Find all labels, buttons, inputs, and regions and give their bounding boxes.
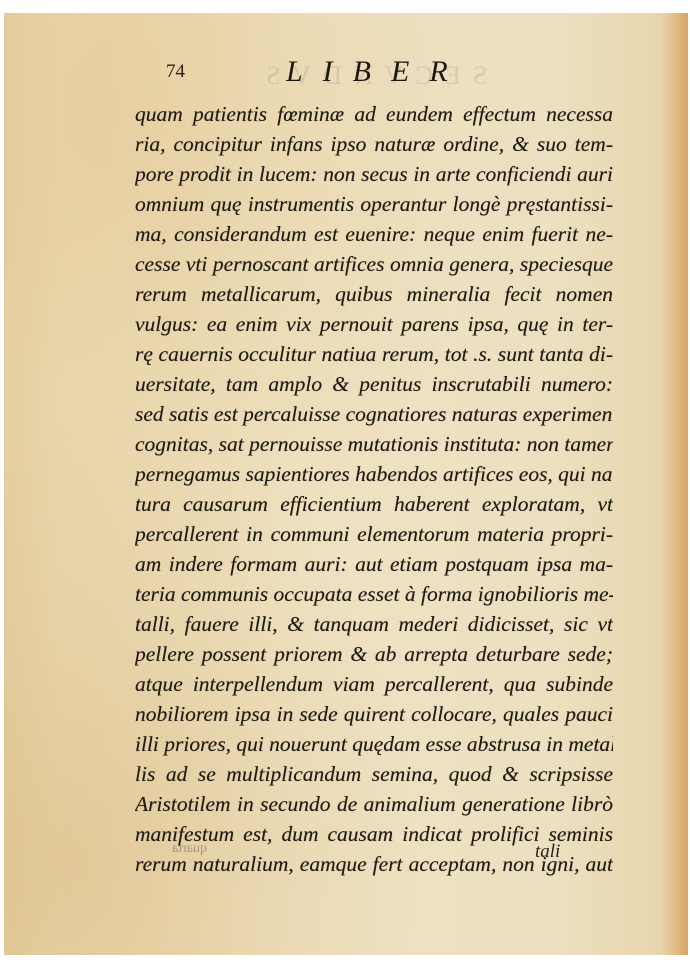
text-line: ma, considerandum est euenire: neque eni… <box>135 219 613 249</box>
text-line: teria communis occupata esset à forma ig… <box>135 579 613 609</box>
text-line: talli, fauere illi, & tanquam mederi did… <box>135 609 613 639</box>
page-number: 74 <box>166 61 185 83</box>
running-title: LIBER <box>286 55 468 89</box>
book-page: SECVNDVS 74 LIBER quam patientis fœminæ … <box>4 13 688 955</box>
body-text: quam patientis fœminæ ad eundem effectum… <box>135 99 613 879</box>
text-line: am indere formam auri: aut etiam postqua… <box>135 549 613 579</box>
text-line: pellere possent priorem & ab arrepta det… <box>135 639 613 669</box>
text-line: cesse vti pernoscant artifices omnia gen… <box>135 249 613 279</box>
text-line: rę cauernis occulitur natiua rerum, tot … <box>135 339 613 369</box>
text-line: ria, concipitur infans ipso naturæ ordin… <box>135 129 613 159</box>
text-line: uersitate, tam amplo & penitus inscrutab… <box>135 369 613 399</box>
text-line: pernegamus sapientiores habendos artific… <box>135 459 613 489</box>
text-line: Aristotilem in secundo de animalium gene… <box>135 789 613 819</box>
text-line: lis ad se multiplicandum semina, quod & … <box>135 759 613 789</box>
bleed-through-footer: quarta <box>172 841 207 857</box>
text-line: pore prodit in lucem: non secus in arte … <box>135 159 613 189</box>
text-line: percallerent in communi elementorum mate… <box>135 519 613 549</box>
text-line: cognitas, sat pernouisse mutationis inst… <box>135 429 613 459</box>
text-line: illi priores, qui nouerunt quędam esse a… <box>135 729 613 759</box>
running-head: 74 LIBER <box>164 57 604 93</box>
text-line: rerum metallicarum, quibus mineralia fec… <box>135 279 613 309</box>
catchword: tali <box>535 841 560 863</box>
text-line: atque interpellendum viam percallerent, … <box>135 669 613 699</box>
text-line: omnium quę instrumentis operantur longè … <box>135 189 613 219</box>
text-line: quam patientis fœminæ ad eundem effectum… <box>135 99 613 129</box>
text-line: sed satis est percaluisse cognatiores na… <box>135 399 613 429</box>
text-line: nobiliorem ipsa in sede quirent collocar… <box>135 699 613 729</box>
text-line: tura causarum efficientium haberent expl… <box>135 489 613 519</box>
text-line: vulgus: ea enim vix pernouit parens ipsa… <box>135 309 613 339</box>
